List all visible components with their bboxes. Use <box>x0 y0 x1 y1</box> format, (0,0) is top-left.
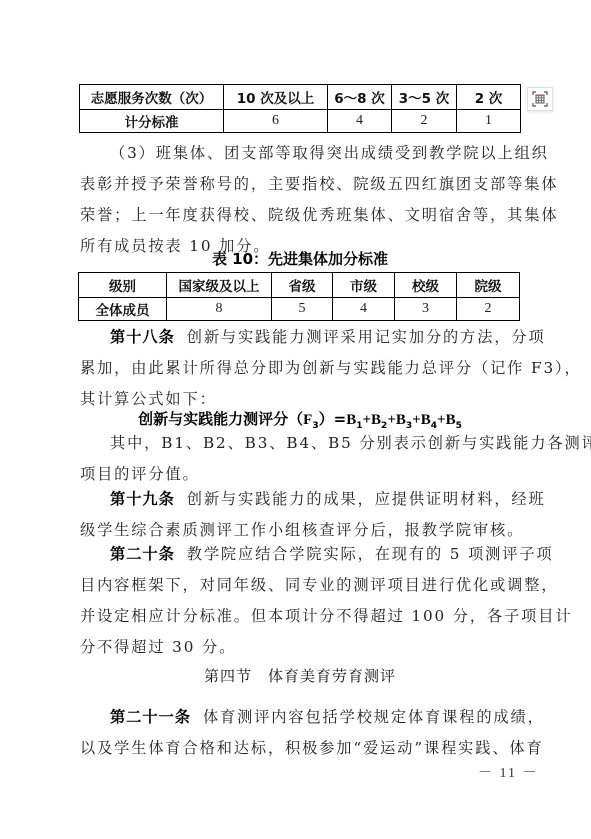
text-line: 分不得超过 30 分。 <box>80 632 520 663</box>
table-select-button[interactable] <box>527 87 553 111</box>
text-line: 以及学生体育合格和达标，积极参加“爱运动”课程实践、体育 <box>80 733 520 764</box>
text-line: （3）班集体、团支部等取得突出成绩受到教学院以上组织 <box>80 138 520 169</box>
text-line: 荣誉；上一年度获得校、院级优秀班集体、文明宿舍等，其集体 <box>80 200 520 231</box>
table-cell: 4 <box>328 110 392 133</box>
formula-var: B <box>396 412 406 428</box>
text-line: 第二十一条体育测评内容包括学校规定体育课程的成绩， <box>80 702 520 733</box>
formula-label: 创新与实践能力测评分（ <box>138 410 303 428</box>
table-header-cell: 10 次及以上 <box>224 85 328 110</box>
section-heading: 第四节 体育美育劳育测评 <box>80 665 520 686</box>
article-20: 第二十条教学院应结合学院实际，在现有的 5 项测评子项 目内容框架下，对同年级、… <box>80 539 520 663</box>
table-header-cell: 6～8 次 <box>328 85 392 110</box>
article-title: 第二十一条 <box>110 708 191 726</box>
formula-op: + <box>387 412 396 428</box>
article-19: 第十九条创新与实践能力的成果，应提供证明材料，经班 级学生综合素质测评工作小组核… <box>80 484 520 546</box>
table-header-row: 志愿服务次数（次） 10 次及以上 6～8 次 3～5 次 2 次 <box>80 85 521 110</box>
text-line: 第十九条创新与实践能力的成果，应提供证明材料，经班 <box>80 484 520 515</box>
table-header-cell: 志愿服务次数（次） <box>80 85 224 110</box>
article-text: 体育测评内容包括学校规定体育课程的成绩， <box>203 708 545 726</box>
text-line: 累加，由此累计所得总分即为创新与实践能力总评分（记作 F3）， <box>80 353 520 384</box>
table-cell: 2 <box>392 110 457 133</box>
table-header-cell: 国家级及以上 <box>167 273 272 298</box>
text-line: 目内容框架下，对同年级、同专业的测评项目进行优化或调整， <box>80 570 520 601</box>
article-title: 第十八条 <box>110 328 175 346</box>
article-text: 创新与实践能力测评采用记实加分的方法，分项 <box>187 328 546 346</box>
formula-op: + <box>412 412 421 428</box>
table-cell: 2 <box>457 298 520 321</box>
table-row: 全体成员 8 5 4 3 2 <box>79 298 520 321</box>
table-cell: 1 <box>457 110 521 133</box>
table-header-cell: 院级 <box>457 273 520 298</box>
text-line: 表彰并授予荣誉称号的，主要指校、院级五四红旗团支部等集体 <box>80 169 520 200</box>
formula-var: B <box>371 412 381 428</box>
table-caption: 表 10：先进集体加分标准 <box>80 248 520 269</box>
paragraph-collective-honors: （3）班集体、团支部等取得突出成绩受到教学院以上组织 表彰并授予荣誉称号的，主要… <box>80 138 520 262</box>
article-text: 创新与实践能力的成果，应提供证明材料，经班 <box>187 490 546 508</box>
table-row-label: 计分标准 <box>80 110 224 133</box>
formula-op: + <box>437 412 446 428</box>
article-title: 第二十条 <box>110 545 175 563</box>
text-line: 其中，B1、B2、B3、B4、B5 分别表示创新与实践能力各测评 <box>80 428 520 459</box>
article-21: 第二十一条体育测评内容包括学校规定体育课程的成绩， 以及学生体育合格和达标，积极… <box>80 702 520 764</box>
table-cell: 5 <box>272 298 333 321</box>
table-header-cell: 校级 <box>395 273 457 298</box>
formula-var: B <box>421 412 431 428</box>
table-header-row: 级别 国家级及以上 省级 市级 校级 院级 <box>79 273 520 298</box>
table-header-cell: 级别 <box>79 273 167 298</box>
table-cell: 8 <box>167 298 272 321</box>
formula-var: B <box>346 412 356 428</box>
advanced-collective-table: 级别 国家级及以上 省级 市级 校级 院级 全体成员 8 5 4 3 2 <box>78 272 520 321</box>
formula-equals: ）= <box>319 410 347 428</box>
table-header-cell: 省级 <box>272 273 333 298</box>
text-line: 并设定相应计分标准。但本项计分不得超过 100 分，各子项目计 <box>80 601 520 632</box>
volunteer-score-table: 志愿服务次数（次） 10 次及以上 6～8 次 3～5 次 2 次 计分标准 6… <box>79 84 521 133</box>
table-row-label: 全体成员 <box>79 298 167 321</box>
table-cell: 4 <box>333 298 395 321</box>
formula-op: + <box>362 412 371 428</box>
table-row: 计分标准 6 4 2 1 <box>80 110 521 133</box>
formula-var: F <box>303 412 312 428</box>
table-cell: 6 <box>224 110 328 133</box>
table-header-cell: 2 次 <box>457 85 521 110</box>
formula-note: 其中，B1、B2、B3、B4、B5 分别表示创新与实践能力各测评 项目的评分值。 <box>80 428 520 490</box>
formula-var: B <box>446 412 456 428</box>
article-title: 第十九条 <box>110 490 175 508</box>
table-cell: 3 <box>395 298 457 321</box>
text-line: 第二十条教学院应结合学院实际，在现有的 5 项测评子项 <box>80 539 520 570</box>
table-header-cell: 市级 <box>333 273 395 298</box>
article-text: 教学院应结合学院实际，在现有的 5 项测评子项 <box>187 545 554 563</box>
text-line: 第十八条创新与实践能力测评采用记实加分的方法，分项 <box>80 322 520 353</box>
table-select-icon <box>532 91 548 107</box>
table-header-cell: 3～5 次 <box>392 85 457 110</box>
page-number: － 11 － <box>478 762 538 782</box>
article-18: 第十八条创新与实践能力测评采用记实加分的方法，分项 累加，由此累计所得总分即为创… <box>80 322 520 415</box>
